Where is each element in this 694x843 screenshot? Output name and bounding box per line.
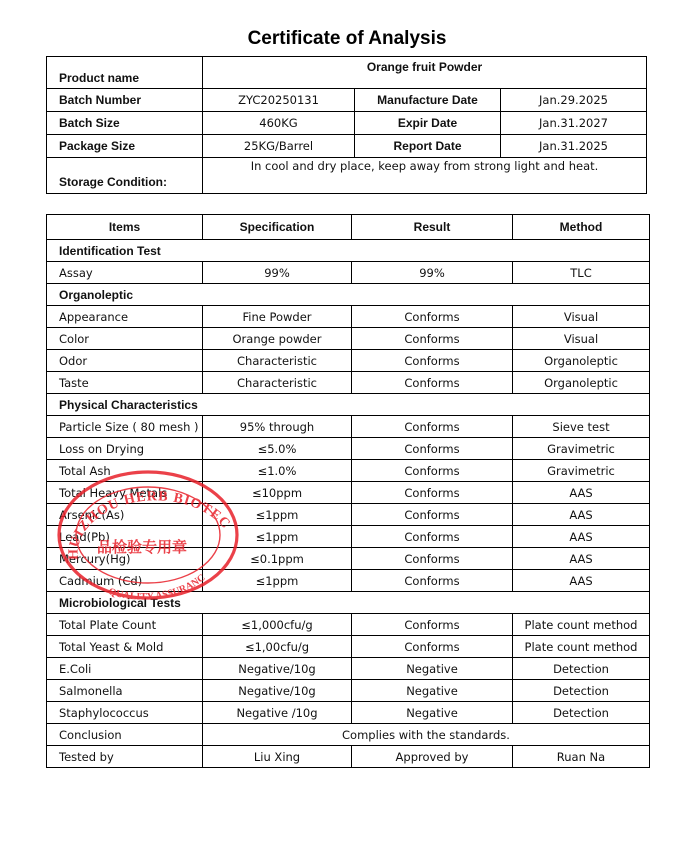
conclusion-row: Conclusion Complies with the standards. (47, 724, 650, 746)
item-cell: Total Heavy Metals (47, 482, 203, 504)
header-items: Items (47, 215, 203, 240)
analysis-table: Items Specification Result Method Identi… (46, 214, 650, 768)
section-header-row: Organoleptic (47, 284, 650, 306)
table-row: StaphylococcusNegative /10gNegativeDetec… (47, 702, 650, 724)
report-date-value: Jan.31.2025 (501, 135, 647, 158)
product-info-table: Product name Orange fruit Powder Batch N… (46, 56, 647, 194)
item-cell: E.Coli (47, 658, 203, 680)
spec-cell: ≤1ppm (203, 570, 352, 592)
table-row: ColorOrange powderConformsVisual (47, 328, 650, 350)
result-cell: Conforms (352, 614, 513, 636)
spec-cell: 99% (203, 262, 352, 284)
result-cell: Negative (352, 680, 513, 702)
expir-date-label: Expir Date (355, 112, 501, 135)
spec-cell: ≤0.1ppm (203, 548, 352, 570)
method-cell: Organoleptic (513, 372, 650, 394)
item-cell: Cadmium (Cd) (47, 570, 203, 592)
conclusion-label: Conclusion (47, 724, 203, 746)
table-row: Assay99%99%TLC (47, 262, 650, 284)
method-cell: Sieve test (513, 416, 650, 438)
storage-label: Storage Condition: (47, 158, 203, 194)
table-row: TasteCharacteristicConformsOrganoleptic (47, 372, 650, 394)
result-cell: Conforms (352, 636, 513, 658)
result-cell: Conforms (352, 526, 513, 548)
item-cell: Total Ash (47, 460, 203, 482)
product-name-label: Product name (47, 57, 203, 89)
item-cell: Mercury(Hg) (47, 548, 203, 570)
table-row: OdorCharacteristicConformsOrganoleptic (47, 350, 650, 372)
package-size-value: 25KG/Barrel (203, 135, 355, 158)
spec-cell: Characteristic (203, 350, 352, 372)
batch-number-row: Batch Number ZYC20250131 Manufacture Dat… (47, 89, 647, 112)
spec-cell: Negative/10g (203, 658, 352, 680)
result-cell: Conforms (352, 306, 513, 328)
batch-size-value: 460KG (203, 112, 355, 135)
spec-cell: Orange powder (203, 328, 352, 350)
spec-cell: ≤1.0% (203, 460, 352, 482)
result-cell: Conforms (352, 570, 513, 592)
section-header-row: Microbiological Tests (47, 592, 650, 614)
table-row: Arsenic(As)≤1ppmConformsAAS (47, 504, 650, 526)
table-row: Lead(Pb)≤1ppmConformsAAS (47, 526, 650, 548)
method-cell: AAS (513, 504, 650, 526)
method-cell: Plate count method (513, 614, 650, 636)
package-size-label: Package Size (47, 135, 203, 158)
item-cell: Staphylococcus (47, 702, 203, 724)
item-cell: Assay (47, 262, 203, 284)
header-method: Method (513, 215, 650, 240)
item-cell: Arsenic(As) (47, 504, 203, 526)
signature-row: Tested by Liu Xing Approved by Ruan Na (47, 746, 650, 768)
expir-date-value: Jan.31.2027 (501, 112, 647, 135)
section-title: Physical Characteristics (47, 394, 650, 416)
method-cell: AAS (513, 526, 650, 548)
method-cell: Gravimetric (513, 438, 650, 460)
spec-cell: Negative/10g (203, 680, 352, 702)
table-row: SalmonellaNegative/10gNegativeDetection (47, 680, 650, 702)
method-cell: Plate count method (513, 636, 650, 658)
spec-cell: Fine Powder (203, 306, 352, 328)
spec-cell: Characteristic (203, 372, 352, 394)
spec-cell: ≤1,000cfu/g (203, 614, 352, 636)
table-row: E.ColiNegative/10gNegativeDetection (47, 658, 650, 680)
table-row: Total Plate Count≤1,000cfu/gConformsPlat… (47, 614, 650, 636)
manufacture-date-label: Manufacture Date (355, 89, 501, 112)
item-cell: Appearance (47, 306, 203, 328)
table-row: AppearanceFine PowderConformsVisual (47, 306, 650, 328)
result-cell: Conforms (352, 328, 513, 350)
storage-value: In cool and dry place, keep away from st… (203, 158, 647, 194)
method-cell: TLC (513, 262, 650, 284)
tested-by-label: Tested by (47, 746, 203, 768)
method-cell: AAS (513, 482, 650, 504)
method-cell: Organoleptic (513, 350, 650, 372)
item-cell: Salmonella (47, 680, 203, 702)
spec-cell: 95% through (203, 416, 352, 438)
approved-by-value: Ruan Na (513, 746, 650, 768)
table-row: Cadmium (Cd)≤1ppmConformsAAS (47, 570, 650, 592)
table-row: Particle Size ( 80 mesh )95% throughConf… (47, 416, 650, 438)
package-size-row: Package Size 25KG/Barrel Report Date Jan… (47, 135, 647, 158)
header-specification: Specification (203, 215, 352, 240)
item-cell: Color (47, 328, 203, 350)
section-title: Identification Test (47, 240, 650, 262)
tested-by-value: Liu Xing (203, 746, 352, 768)
header-result: Result (352, 215, 513, 240)
method-cell: Detection (513, 680, 650, 702)
method-cell: Detection (513, 702, 650, 724)
result-cell: Negative (352, 658, 513, 680)
section-title: Microbiological Tests (47, 592, 650, 614)
report-date-label: Report Date (355, 135, 501, 158)
result-cell: Conforms (352, 504, 513, 526)
table-row: Total Ash≤1.0%ConformsGravimetric (47, 460, 650, 482)
table-row: Total Yeast & Mold≤1,00cfu/gConformsPlat… (47, 636, 650, 658)
spec-cell: ≤1,00cfu/g (203, 636, 352, 658)
result-cell: Conforms (352, 482, 513, 504)
approved-by-label: Approved by (352, 746, 513, 768)
item-cell: Odor (47, 350, 203, 372)
page-title: Certificate of Analysis (0, 28, 694, 50)
batch-number-value: ZYC20250131 (203, 89, 355, 112)
spec-cell: ≤5.0% (203, 438, 352, 460)
table-row: Loss on Drying≤5.0%ConformsGravimetric (47, 438, 650, 460)
section-title: Organoleptic (47, 284, 650, 306)
manufacture-date-value: Jan.29.2025 (501, 89, 647, 112)
analysis-body: Identification TestAssay99%99%TLCOrganol… (47, 240, 650, 724)
batch-size-label: Batch Size (47, 112, 203, 135)
item-cell: Particle Size ( 80 mesh ) (47, 416, 203, 438)
result-cell: Conforms (352, 350, 513, 372)
analysis-header-row: Items Specification Result Method (47, 215, 650, 240)
result-cell: Conforms (352, 438, 513, 460)
table-row: Mercury(Hg)≤0.1ppmConformsAAS (47, 548, 650, 570)
item-cell: Taste (47, 372, 203, 394)
product-name-row: Product name Orange fruit Powder (47, 57, 647, 89)
spec-cell: ≤1ppm (203, 526, 352, 548)
item-cell: Total Plate Count (47, 614, 203, 636)
method-cell: Visual (513, 306, 650, 328)
item-cell: Lead(Pb) (47, 526, 203, 548)
result-cell: Conforms (352, 372, 513, 394)
conclusion-value: Complies with the standards. (203, 724, 650, 746)
method-cell: Visual (513, 328, 650, 350)
method-cell: AAS (513, 570, 650, 592)
method-cell: Gravimetric (513, 460, 650, 482)
spec-cell: ≤10ppm (203, 482, 352, 504)
section-header-row: Identification Test (47, 240, 650, 262)
result-cell: Conforms (352, 548, 513, 570)
item-cell: Loss on Drying (47, 438, 203, 460)
batch-number-label: Batch Number (47, 89, 203, 112)
method-cell: AAS (513, 548, 650, 570)
method-cell: Detection (513, 658, 650, 680)
batch-size-row: Batch Size 460KG Expir Date Jan.31.2027 (47, 112, 647, 135)
result-cell: Negative (352, 702, 513, 724)
spec-cell: Negative /10g (203, 702, 352, 724)
result-cell: Conforms (352, 416, 513, 438)
item-cell: Total Yeast & Mold (47, 636, 203, 658)
product-name-value: Orange fruit Powder (203, 57, 647, 89)
spec-cell: ≤1ppm (203, 504, 352, 526)
storage-row: Storage Condition: In cool and dry place… (47, 158, 647, 194)
table-row: Total Heavy Metals≤10ppmConformsAAS (47, 482, 650, 504)
result-cell: Conforms (352, 460, 513, 482)
result-cell: 99% (352, 262, 513, 284)
section-header-row: Physical Characteristics (47, 394, 650, 416)
